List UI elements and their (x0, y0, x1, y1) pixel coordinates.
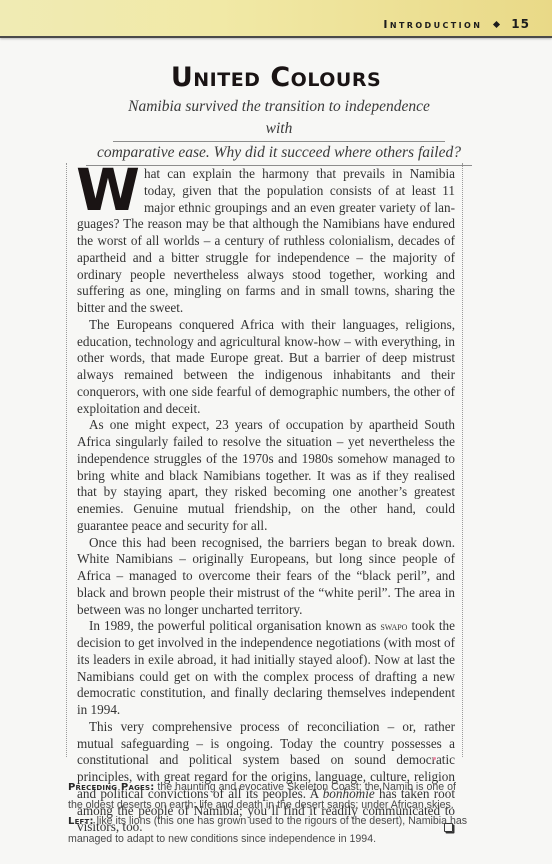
photo-captions: Preceding Pages: the haunting and evocat… (68, 779, 468, 847)
paragraph-1: What can explain the harmony that prevai… (77, 166, 455, 317)
paragraph-3: As one might expect, 23 years of occupat… (77, 417, 455, 534)
article-body: What can explain the harmony that prevai… (77, 166, 455, 836)
running-header-band: Introduction 15 (0, 0, 552, 38)
diamond-icon (493, 20, 500, 27)
drop-cap: W (76, 167, 138, 215)
standfirst: Namibia survived the transition to indep… (84, 96, 474, 166)
article-body-box: What can explain the harmony that prevai… (66, 163, 463, 757)
acronym-swapo: swapo (380, 619, 407, 633)
paragraph-5: In 1989, the powerful political organisa… (77, 618, 455, 719)
running-head: Introduction 15 (383, 17, 530, 31)
article-title: United Colours (0, 62, 552, 93)
caption-text-left: like its lions (this one has grown used … (68, 815, 467, 845)
standfirst-line-1: Namibia survived the transition to indep… (113, 96, 445, 142)
paragraph-4: Once this had been recognised, the barri… (77, 535, 455, 619)
paragraph-2: The Europeans conquered Africa with thei… (77, 317, 455, 418)
print-speck (433, 757, 436, 760)
caption-label-left: Left: (68, 816, 94, 827)
paragraph-text: In 1989, the powerful political organisa… (89, 618, 380, 633)
page-number: 15 (511, 17, 530, 31)
caption-label-preceding-pages: Preceding Pages: (68, 782, 154, 793)
section-name: Introduction (383, 18, 482, 31)
